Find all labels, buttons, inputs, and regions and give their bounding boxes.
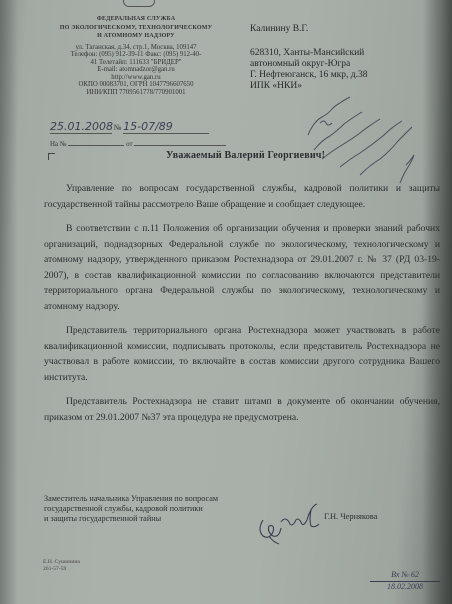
okpo-line: ОКПО 00083701, ОГРН 1047796607650 bbox=[46, 81, 226, 89]
body-paragraph: Представитель Ростехнадзора не ставит шт… bbox=[44, 394, 440, 425]
signature-title-line: государственной службы, кадровой политик… bbox=[44, 504, 234, 514]
letter-body: Управление по вопросам государственной с… bbox=[44, 181, 440, 434]
registration-number: 15-07/89 bbox=[123, 120, 209, 134]
executor-phone: 261-57-59 bbox=[43, 566, 80, 573]
reference-row: На № от bbox=[50, 137, 226, 151]
photo-shadow-right bbox=[422, 0, 452, 604]
recipient-address-line: 628310, Ханты-Мансийский bbox=[250, 48, 420, 59]
recipient-block: Калинину В.Г. 628310, Ханты-Мансийский а… bbox=[250, 24, 420, 92]
signer-name: Г.Н. Чернякова bbox=[324, 512, 377, 521]
handwritten-resolution bbox=[300, 95, 430, 190]
number-label: № bbox=[114, 123, 122, 132]
letter-page: ФЕДЕРАЛЬНАЯ СЛУЖБА ПО ЭКОЛОГИЧЕСКОМУ, ТЕ… bbox=[0, 0, 452, 604]
from-label: от bbox=[126, 140, 132, 148]
recipient-organization: ИПК «НКИ» bbox=[250, 81, 420, 92]
photo-shadow-left bbox=[0, 0, 18, 604]
body-paragraph: В соответствии с п.11 Положения об орган… bbox=[44, 221, 440, 314]
executor-block: Е.Н. Сушинина 261-57-59 bbox=[43, 559, 80, 573]
address-line: 41 Телетайп: 111633 "БРИДЕР" bbox=[46, 59, 226, 67]
letterhead-address: ул. Таганская, д.34, стр.1, Москва, 1091… bbox=[46, 44, 226, 97]
registration-block: 25.01.2008 № 15-07/89 На № от bbox=[50, 120, 226, 151]
signature-title: Заместитель начальника Управления по воп… bbox=[44, 494, 234, 524]
recipient-name: Калинину В.Г. bbox=[250, 24, 420, 35]
body-paragraph: Представитель территориального органа Ро… bbox=[44, 323, 440, 385]
ref-date-blank bbox=[134, 137, 226, 146]
executor-name: Е.Н. Сушинина bbox=[43, 559, 80, 566]
letterhead: ФЕДЕРАЛЬНАЯ СЛУЖБА ПО ЭКОЛОГИЧЕСКОМУ, ТЕ… bbox=[46, 15, 226, 96]
signature-title-line: и защиты государственной тайны bbox=[44, 514, 234, 524]
emblem-icon bbox=[123, 0, 155, 7]
recipient-address-line: Г. Нефтеюганск, 16 мкр, д.38 bbox=[250, 70, 420, 81]
registration-date: 25.01.2008 bbox=[50, 120, 112, 134]
inn-line: ИНН/КПП 7709561778/770901001 bbox=[46, 89, 226, 97]
address-line: ул. Таганская, д.34, стр.1, Москва, 1091… bbox=[46, 44, 226, 52]
registration-row: 25.01.2008 № 15-07/89 bbox=[50, 120, 226, 134]
signature-title-line: Заместитель начальника Управления по воп… bbox=[44, 494, 234, 504]
greeting: Уважаемый Валерий Георгиевич! bbox=[166, 150, 325, 161]
website-line: http://www.gan.ru bbox=[46, 74, 226, 82]
org-line: ПО ЭКОЛОГИЧЕСКОМУ, ТЕХНОЛОГИЧЕСКОМУ bbox=[46, 24, 226, 33]
body-paragraph: Управление по вопросам государственной с… bbox=[44, 181, 440, 212]
org-line: ФЕДЕРАЛЬНАЯ СЛУЖБА bbox=[46, 15, 226, 24]
address-line: Телефон: (095) 912-39-11 Факс: (095) 912… bbox=[46, 51, 226, 59]
email-line: E-mail: atomnadzor@gan.ru bbox=[46, 66, 226, 74]
ref-number-blank bbox=[68, 137, 124, 146]
address-corner-mark bbox=[48, 153, 55, 160]
handwritten-signature bbox=[255, 500, 325, 550]
org-line: И АТОМНОМУ НАДЗОРУ bbox=[46, 32, 226, 41]
recipient-address-line: автономный округ-Югра bbox=[250, 59, 420, 70]
ref-label: На № bbox=[50, 140, 67, 148]
